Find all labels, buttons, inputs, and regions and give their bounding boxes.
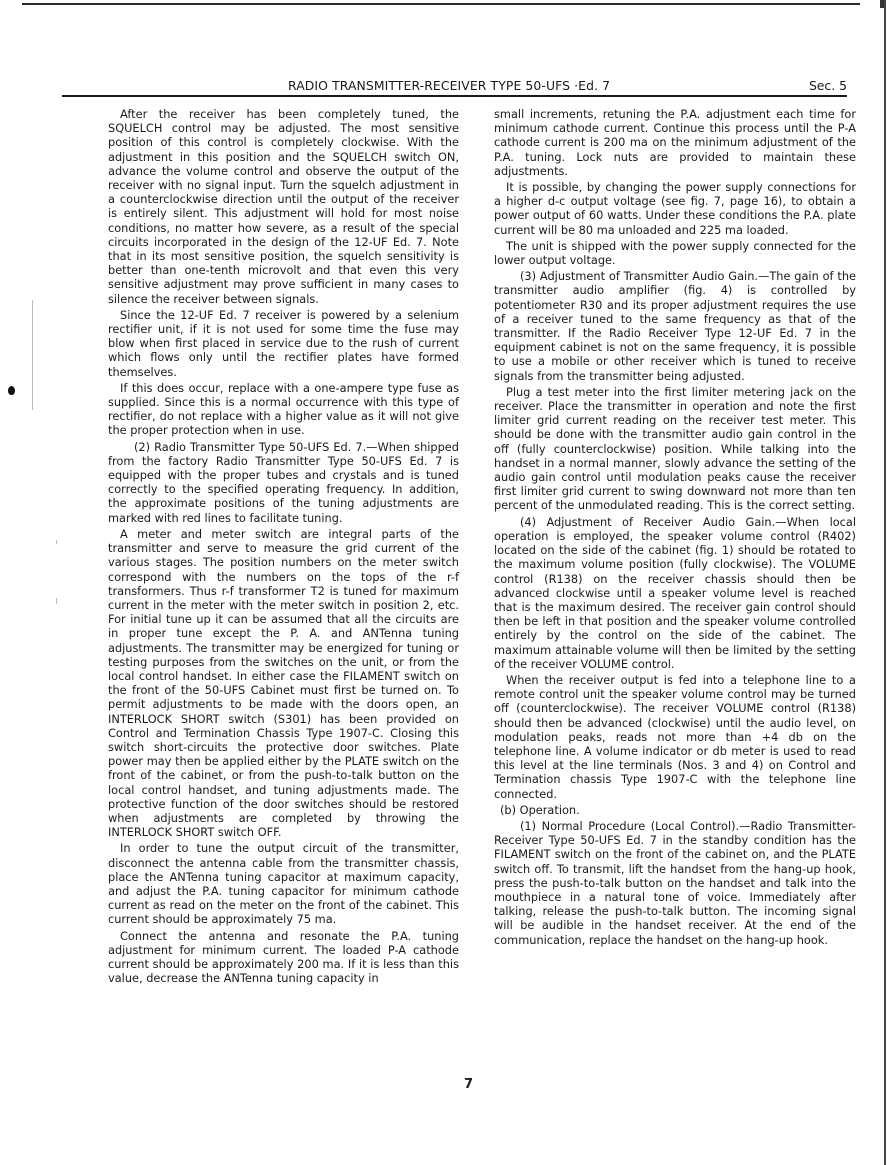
scan-artifact <box>56 598 57 604</box>
header-rule <box>62 95 847 97</box>
right-column: small increments, retuning the P.A. adju… <box>494 107 856 949</box>
margin-punch-mark <box>8 386 15 395</box>
paragraph-telephone-line: When the receiver output is fed into a t… <box>494 673 856 801</box>
paragraph-squelch: After the receiver has been completely t… <box>108 107 459 306</box>
heading-paragraph-transmitter: (2) Radio Transmitter Type 50-UFS Ed. 7.… <box>108 440 459 525</box>
page-number: 7 <box>464 1077 473 1092</box>
scan-artifact <box>32 300 33 410</box>
heading-paragraph-transmitter-audio-gain: (3) Adjustment of Transmitter Audio Gain… <box>494 269 856 383</box>
paragraph-tune-output: In order to tune the output circuit of t… <box>108 841 459 926</box>
left-column: After the receiver has been completely t… <box>108 107 459 987</box>
heading-paragraph-normal-procedure: (1) Normal Procedure (Local Control).—Ra… <box>494 819 856 947</box>
paragraph-continued-increments: small increments, retuning the P.A. adju… <box>494 107 856 178</box>
subheading-operation: (b) Operation. <box>494 803 856 817</box>
heading-paragraph-receiver-audio-gain: (4) Adjustment of Receiver Audio Gain.—W… <box>494 515 856 671</box>
right-page-edge <box>884 0 886 1165</box>
paragraph-test-meter: Plug a test meter into the first limiter… <box>494 385 856 513</box>
paragraph-power-supply: It is possible, by changing the power su… <box>494 180 856 237</box>
paragraph-meter-switch: A meter and meter switch are integral pa… <box>108 527 459 839</box>
paragraph-fuse-replacement: If this does occur, replace with a one-a… <box>108 381 459 438</box>
right-edge-mark <box>880 0 884 8</box>
scan-artifact <box>56 540 57 544</box>
running-header-title: RADIO TRANSMITTER-RECEIVER TYPE 50-UFS ·… <box>288 78 610 93</box>
running-header: RADIO TRANSMITTER-RECEIVER TYPE 50-UFS ·… <box>62 78 847 98</box>
top-border-rule <box>22 3 860 5</box>
paragraph-connect-antenna: Connect the antenna and resonate the P.A… <box>108 929 459 986</box>
paragraph-shipped-lower-voltage: The unit is shipped with the power suppl… <box>494 239 856 267</box>
paragraph-selenium-rectifier: Since the 12-UF Ed. 7 receiver is powere… <box>108 308 459 379</box>
section-label: Sec. 5 <box>809 78 847 93</box>
